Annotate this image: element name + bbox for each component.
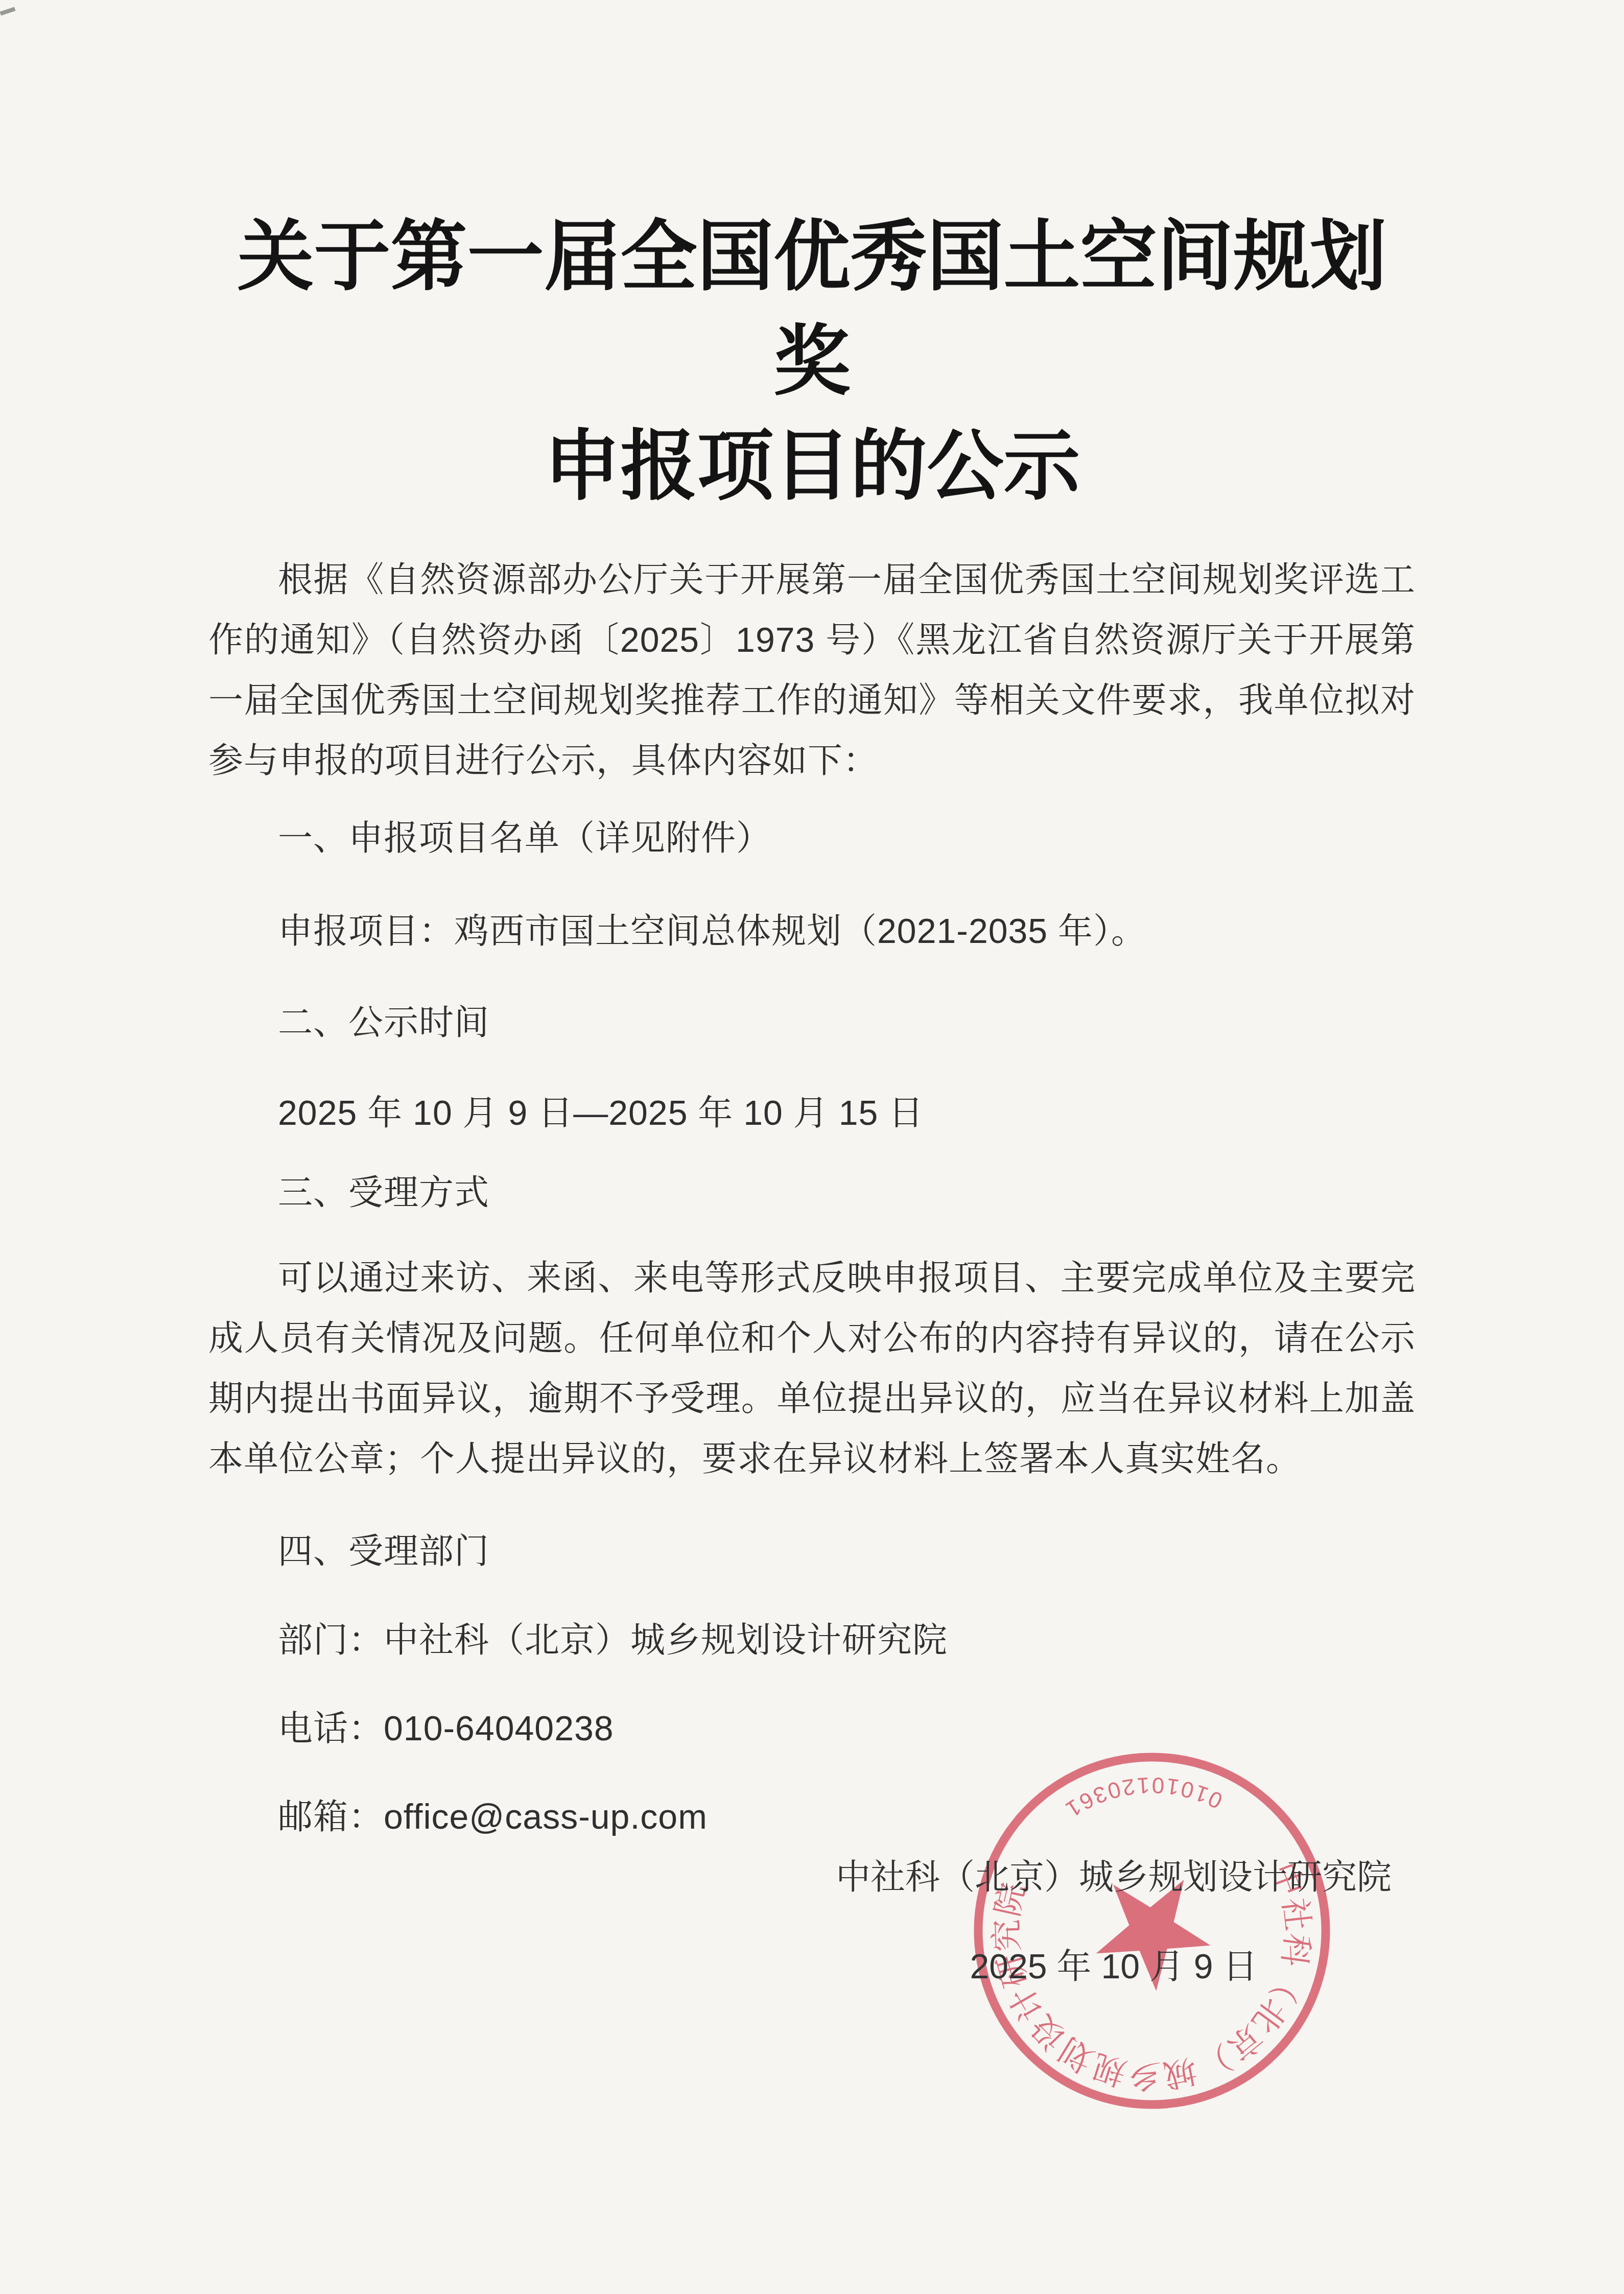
section1-heading: 一、申报项目名单（详见附件）	[208, 808, 1416, 868]
document-content: 关于第一届全国优秀国土空间规划奖 申报项目的公示 根据《自然资源部办公厅关于开展…	[0, 0, 1624, 1847]
document-title: 关于第一届全国优秀国土空间规划奖 申报项目的公示	[208, 204, 1416, 518]
intro-paragraph: 根据《自然资源部办公厅关于开展第一届全国优秀国土空间规划奖评选工作的通知》（自然…	[208, 550, 1416, 791]
scanned-document-page: 关于第一届全国优秀国土空间规划奖 申报项目的公示 根据《自然资源部办公厅关于开展…	[0, 0, 1624, 2294]
section4-heading: 四、受理部门	[208, 1521, 1416, 1581]
title-line-2: 申报项目的公示	[208, 414, 1416, 518]
signature-date: 2025 年 10 月 9 日	[833, 1936, 1395, 1997]
department-line: 部门：中社科（北京）城乡规划设计研究院	[208, 1610, 1416, 1670]
section1-project-item: 申报项目：鸡西市国土空间总体规划（2021-2035 年）。	[208, 901, 1416, 961]
section3-heading: 三、受理方式	[208, 1163, 1416, 1223]
signature-block: 中社科（北京）城乡规划设计研究院 2025 年 10 月 9 日	[833, 1847, 1395, 1997]
signature-organization: 中社科（北京）城乡规划设计研究院	[833, 1847, 1395, 1907]
section2-heading: 二、公示时间	[208, 992, 1416, 1053]
section3-body-paragraph: 可以通过来访、来函、来电等形式反映申报项目、主要完成单位及主要完成人员有关情况及…	[208, 1248, 1416, 1489]
publicity-period: 2025 年 10 月 9 日—2025 年 10 月 15 日	[208, 1083, 1416, 1143]
title-line-1: 关于第一届全国优秀国土空间规划奖	[208, 204, 1416, 414]
